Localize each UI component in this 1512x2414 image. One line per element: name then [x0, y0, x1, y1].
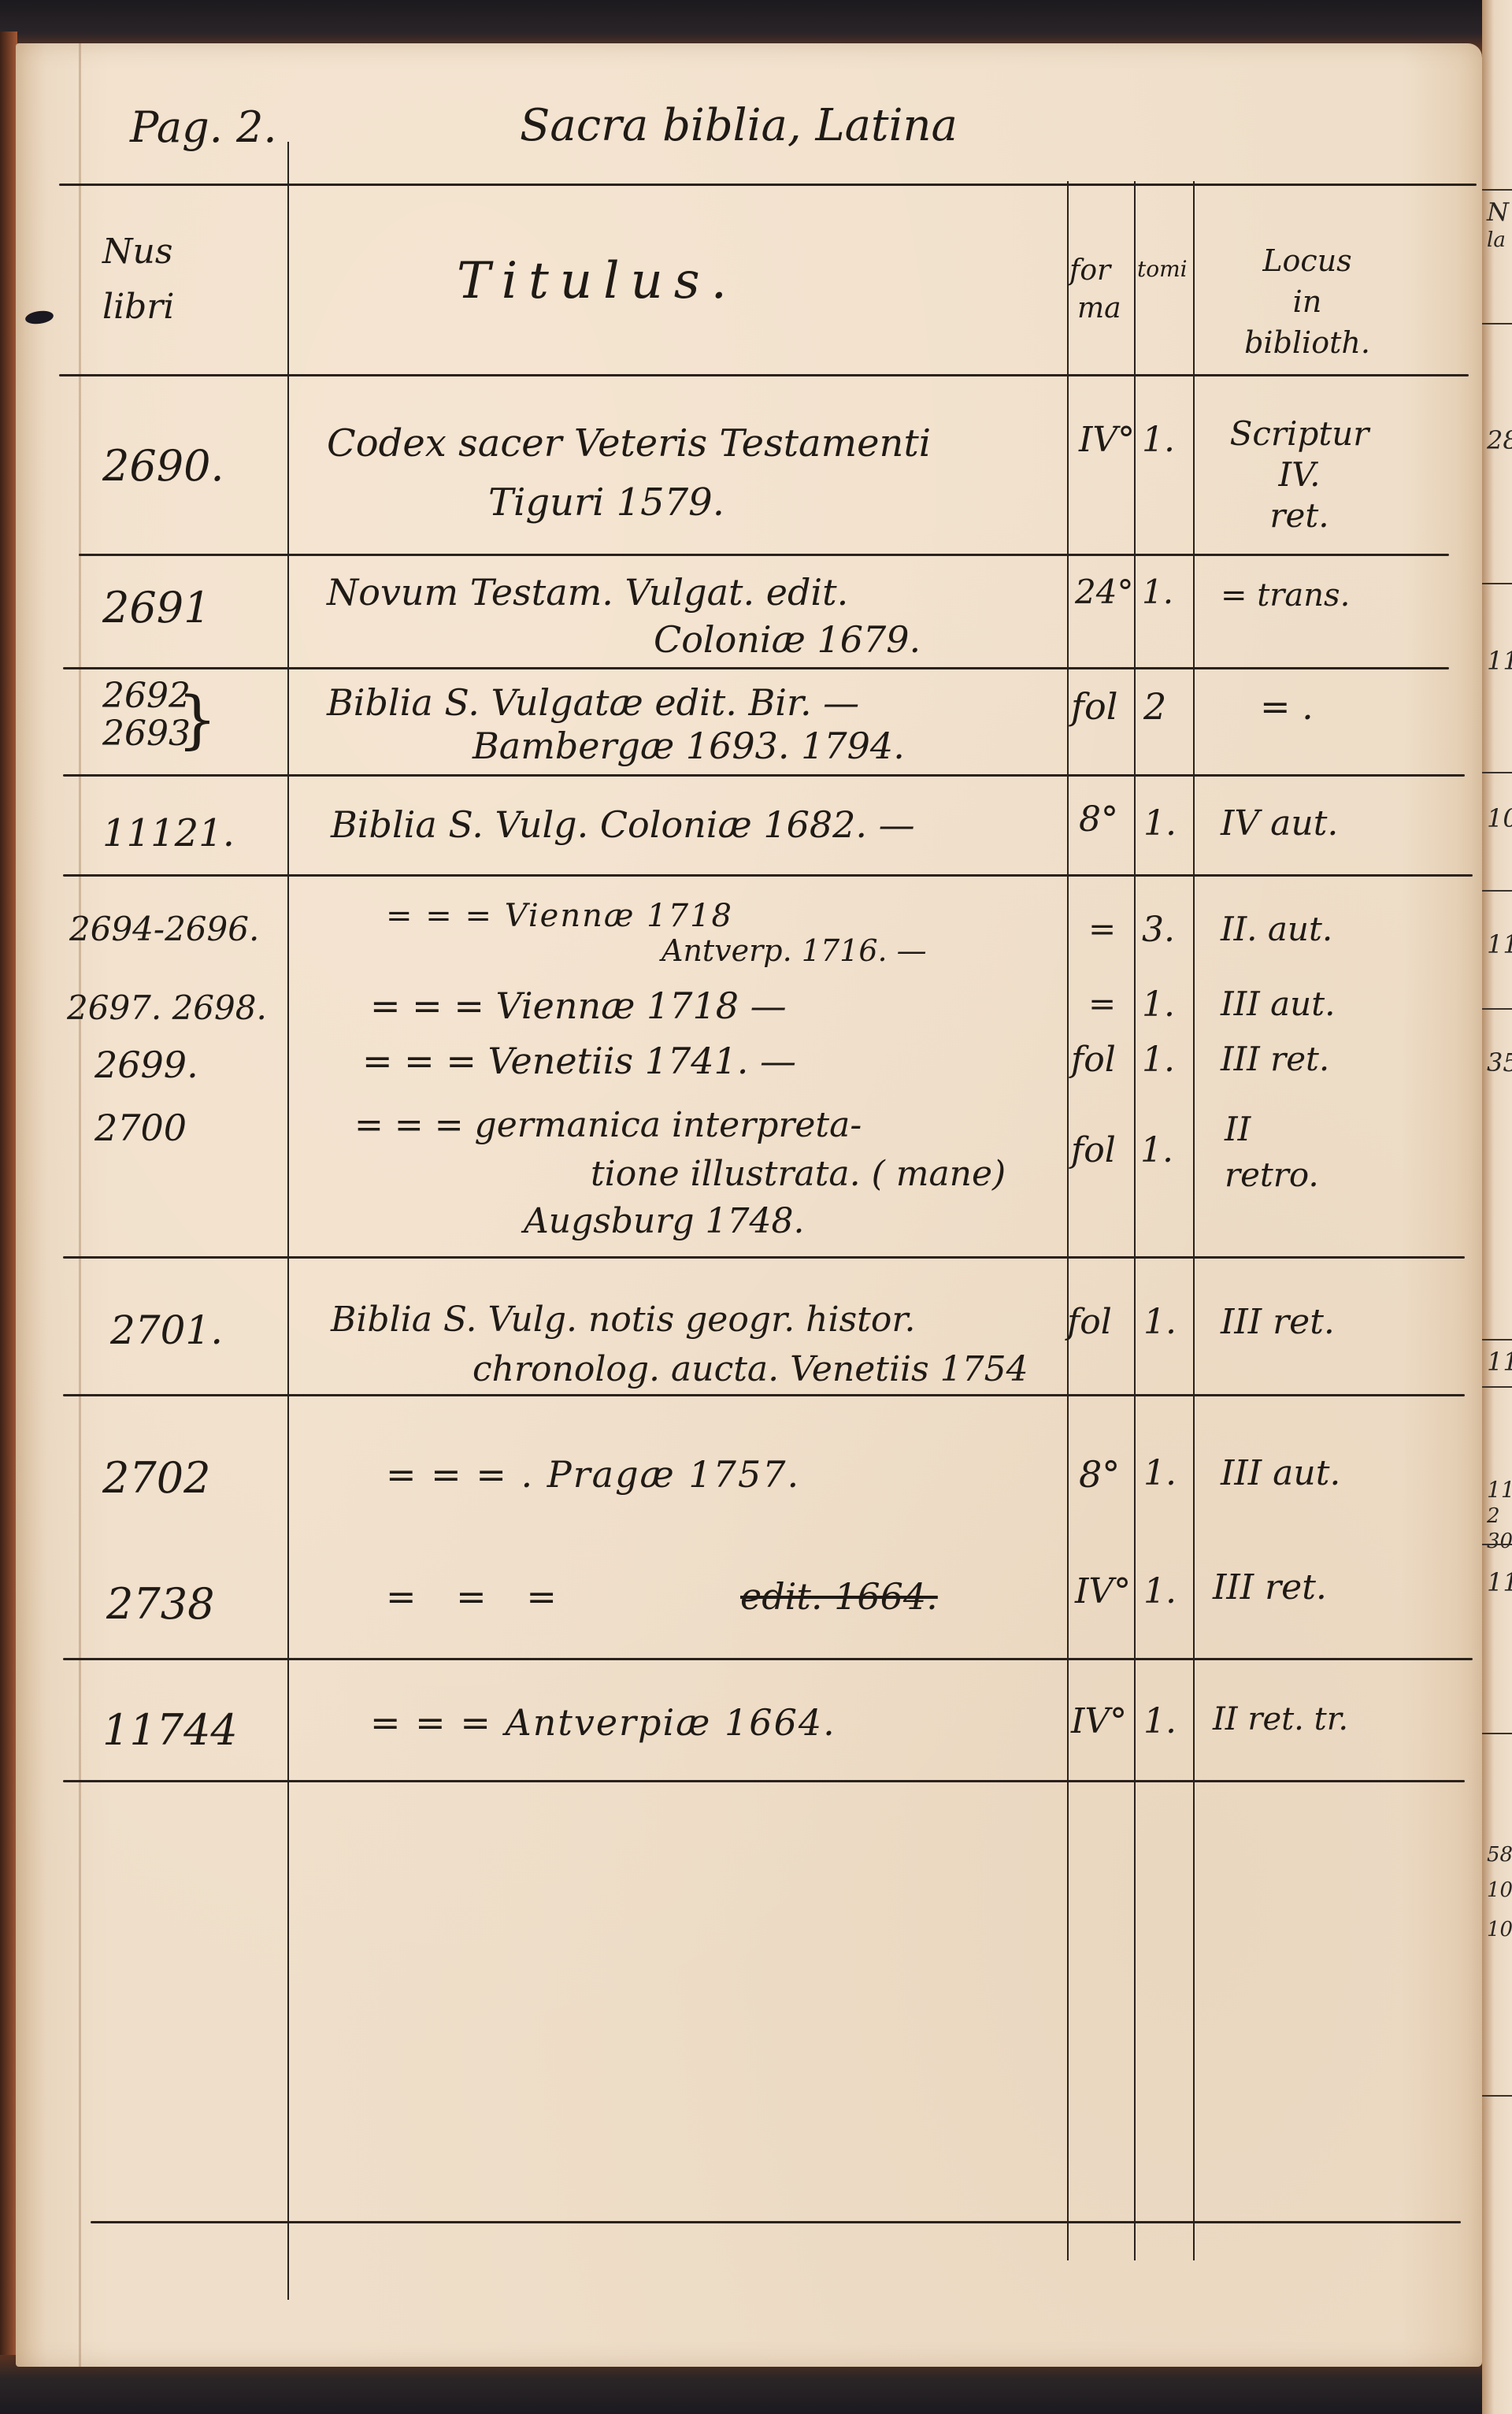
row-rule — [1482, 1008, 1512, 1010]
header-text: Nus — [102, 224, 174, 280]
entry-title-line: Bambergæ 1693. 1794. — [472, 725, 905, 767]
entry-location: = trans. — [1221, 577, 1350, 614]
header-text: ma — [1069, 290, 1121, 328]
ink-blot — [24, 310, 54, 326]
entry-tomi: 1. — [1140, 1130, 1173, 1170]
location-text: Scriptur — [1221, 413, 1378, 454]
adjacent-page-text: 11 — [1487, 646, 1512, 676]
entry-title-line: Biblia S. Vulgatæ edit. Bir. — — [327, 681, 859, 724]
entry-number: 11121. — [102, 811, 235, 855]
row-rule — [79, 554, 1449, 556]
entry-location: II retro. — [1225, 1107, 1319, 1198]
column-divider — [287, 142, 289, 2300]
adjacent-page-text: la — [1487, 228, 1506, 252]
adjacent-page-text: 581 — [1487, 1843, 1512, 1867]
adjacent-page-edge: N la 28 11 10 11 35 11 115 2 304 116 581… — [1482, 0, 1512, 2414]
entry-title-line: = = = Viennæ 1718 — [386, 898, 733, 934]
entry-tomi: 1. — [1143, 803, 1177, 844]
entry-number: 11744 — [102, 1705, 238, 1755]
entry-title-line: = = = — [386, 1575, 571, 1618]
entry-title-line: Augsburg 1748. — [524, 1201, 805, 1241]
entry-title-line: = = = Antverpiæ 1664. — [370, 1701, 836, 1744]
entry-forma: IV° — [1079, 420, 1135, 460]
column-header-title: Titulus. — [457, 252, 738, 310]
entry-title-line: = = = Viennæ 1718 — — [370, 985, 787, 1027]
entry-location: III ret. — [1213, 1567, 1327, 1607]
bottom-rule — [91, 2221, 1461, 2223]
entry-title-line: tione illustrata. ( mane) — [591, 1154, 1006, 1194]
catalogue-page: Pag. 2. Sacra biblia, Latina Nus libri T… — [16, 43, 1482, 2367]
entry-location: III ret. — [1221, 1302, 1335, 1342]
entry-tomi: 1. — [1143, 1571, 1177, 1611]
row-rule — [63, 1780, 1465, 1782]
row-rule — [1482, 583, 1512, 584]
column-divider — [1067, 181, 1069, 2260]
entry-location: IV aut. — [1221, 803, 1338, 844]
entry-location: II ret. tr. — [1213, 1701, 1348, 1737]
entry-title-line: Codex sacer Veteris Testamenti — [327, 421, 931, 465]
adjacent-page-text: 106 — [1487, 1918, 1512, 1941]
row-rule — [1482, 890, 1512, 892]
entry-location: III aut. — [1221, 1453, 1340, 1493]
entry-forma: fol — [1067, 1302, 1112, 1342]
entry-location: Scriptur IV. ret. — [1221, 413, 1378, 536]
entry-location: II. aut. — [1221, 910, 1332, 948]
adjacent-page-text: 11 — [1487, 1347, 1512, 1377]
row-rule — [63, 1256, 1465, 1259]
entry-forma: 24° — [1075, 573, 1133, 611]
header-text: biblioth. — [1221, 322, 1394, 363]
entry-number: 2702 — [102, 1453, 210, 1503]
row-rule — [1482, 189, 1512, 191]
entry-number: 2700 — [94, 1107, 187, 1149]
entry-title-line: Biblia S. Vulg. Coloniæ 1682. — — [331, 803, 915, 846]
struck-title-text: edit. 1664. — [740, 1575, 938, 1618]
row-rule — [1482, 772, 1512, 773]
column-header-number: Nus libri — [102, 224, 174, 335]
row-rule — [63, 1658, 1473, 1660]
adjacent-page-text: 28 — [1487, 425, 1512, 455]
column-header-forma: for ma — [1069, 252, 1121, 328]
location-text: IV. — [1221, 454, 1378, 495]
entry-title-line: Coloniæ 1679. — [654, 618, 921, 661]
header-top-rule — [59, 184, 1477, 186]
entry-forma: fol — [1071, 1040, 1116, 1080]
entry-title-line: Antverp. 1716. — — [661, 933, 927, 968]
adjacent-page-text: 35 — [1487, 1048, 1512, 1077]
entry-tomi: 1. — [1143, 1701, 1177, 1741]
entry-tomi: 1. — [1142, 573, 1173, 611]
column-header-locus: Locus in biblioth. — [1221, 240, 1394, 363]
entry-tomi: 3. — [1142, 910, 1175, 950]
page-number-label: Pag. 2. — [130, 102, 277, 152]
entry-tomi: 1. — [1142, 420, 1175, 460]
entry-forma: fol — [1071, 1130, 1116, 1170]
entry-forma: fol — [1071, 685, 1117, 728]
entry-title-line: Biblia S. Vulg. notis geogr. histor. — [331, 1300, 916, 1340]
adjacent-page-text: N — [1487, 197, 1509, 227]
entry-number: 2694-2696. — [69, 910, 259, 948]
header-text: libri — [102, 280, 174, 335]
entry-number: 2697. 2698. — [67, 988, 267, 1027]
location-text: ret. — [1221, 495, 1378, 536]
entry-forma: 8° — [1079, 799, 1118, 840]
entry-forma: IV° — [1075, 1571, 1131, 1611]
entry-tomi: 1. — [1142, 1040, 1175, 1080]
row-rule — [1482, 1386, 1512, 1388]
entry-title-line: Tiguri 1579. — [488, 480, 724, 525]
adjacent-page-text: 304 — [1487, 1530, 1512, 1553]
entry-number: 2701. — [110, 1307, 223, 1353]
entry-title-line: Novum Testam. Vulgat. edit. — [327, 571, 848, 614]
row-rule — [1482, 1733, 1512, 1734]
header-text: Locus — [1221, 240, 1394, 281]
entry-title-line: = = = Venetiis 1741. — — [362, 1040, 796, 1082]
header-text: in — [1221, 281, 1394, 322]
adjacent-page-text: 116 — [1487, 1567, 1512, 1597]
page-heading: Sacra biblia, Latina — [520, 100, 958, 151]
row-rule — [63, 1394, 1465, 1396]
entry-title-line: chronolog. aucta. Venetiis 1754 — [472, 1349, 1028, 1389]
entry-tomi: 1. — [1142, 985, 1175, 1025]
header-bottom-rule — [59, 374, 1469, 376]
column-divider — [1193, 181, 1195, 2260]
entry-tomi: 2 — [1143, 685, 1166, 728]
page-crease — [79, 43, 81, 2367]
entry-forma: 8° — [1079, 1453, 1120, 1496]
adjacent-page-text: 115 — [1487, 1477, 1512, 1503]
adjacent-page-text: 2 — [1487, 1504, 1500, 1528]
row-rule — [63, 774, 1465, 777]
adjacent-page-text: 10 — [1487, 803, 1512, 833]
brace-icon: } — [177, 683, 217, 756]
row-rule — [63, 874, 1473, 877]
column-divider — [1134, 181, 1136, 2260]
adjacent-page-text: 1062 — [1487, 1878, 1512, 1902]
row-rule — [1482, 1339, 1512, 1340]
entry-forma: = — [1088, 910, 1116, 948]
entry-number: 2690. — [102, 441, 224, 491]
entry-title-line: = = = germanica interpreta- — [354, 1105, 862, 1145]
entry-location: III aut. — [1221, 985, 1335, 1023]
entry-forma: = — [1088, 985, 1116, 1023]
entry-tomi: 1. — [1143, 1453, 1177, 1493]
location-text: II — [1225, 1107, 1319, 1152]
entry-title-line: = = = . Pragæ 1757. — [386, 1453, 800, 1496]
row-rule — [1482, 1544, 1512, 1545]
entry-number: 2699. — [94, 1044, 198, 1086]
location-text: retro. — [1225, 1152, 1319, 1198]
entry-tomi: 1. — [1143, 1302, 1177, 1342]
column-header-tomi: tomi — [1137, 256, 1188, 282]
entry-location: III ret. — [1221, 1040, 1329, 1078]
entry-number: 2738 — [106, 1579, 214, 1629]
book-binding-left — [0, 32, 17, 2386]
entry-location: = . — [1260, 685, 1314, 728]
row-rule — [1482, 2095, 1512, 2097]
entry-number: 2691 — [102, 583, 210, 632]
adjacent-page-text: 11 — [1487, 929, 1512, 959]
header-text: for — [1069, 252, 1121, 290]
entry-forma: IV° — [1071, 1701, 1127, 1741]
row-rule — [1482, 323, 1512, 324]
row-rule — [63, 667, 1449, 669]
